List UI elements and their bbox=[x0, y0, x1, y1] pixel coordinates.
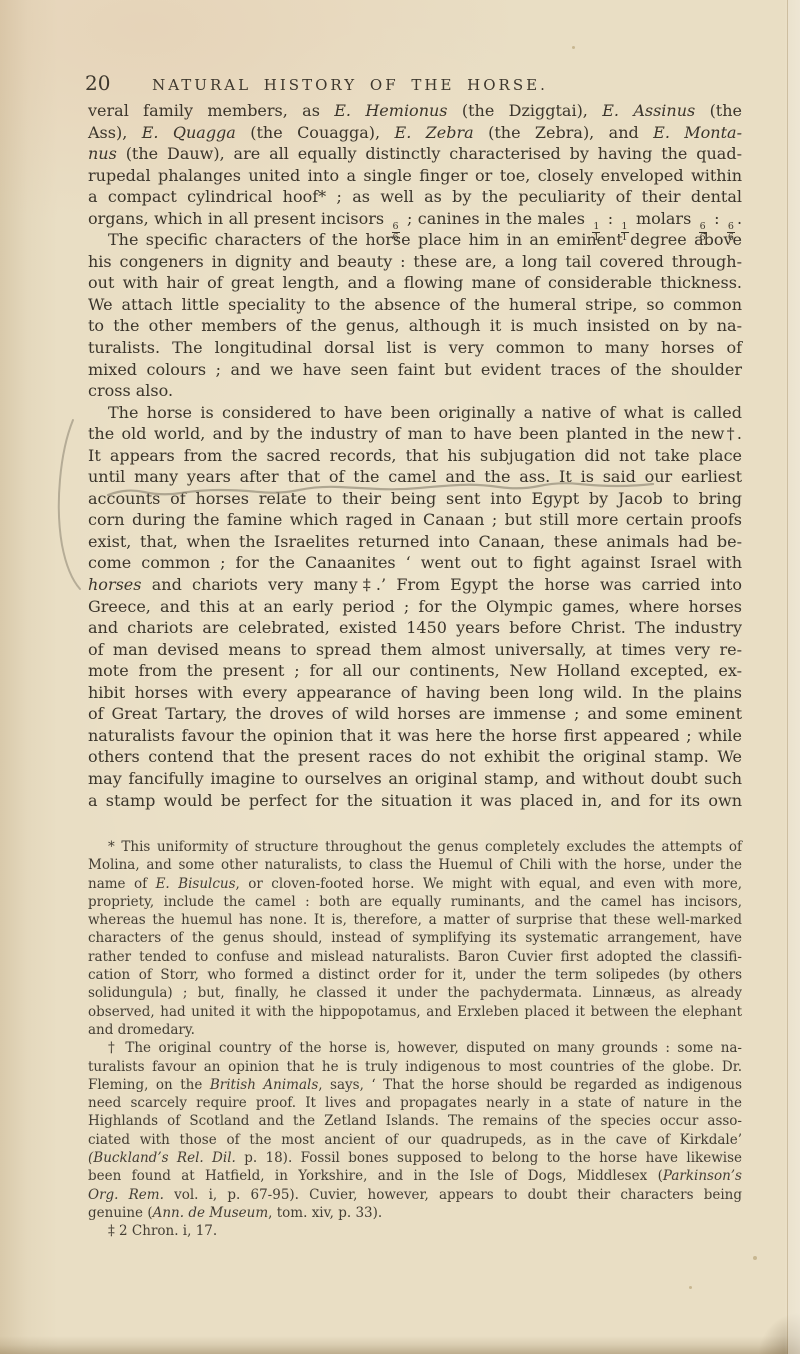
text-segment: † The original country of the horse is, … bbox=[108, 1040, 742, 1056]
footnote-line: name of E. Bisulcus, or cloven-footed ho… bbox=[88, 875, 742, 893]
italic-text-segment: Parkinson’s bbox=[663, 1168, 742, 1184]
paper-speck bbox=[753, 1256, 757, 1260]
text-segment: corn during the famine which raged in Ca… bbox=[88, 510, 742, 529]
text-segment: , tom. xiv, p. 33). bbox=[268, 1205, 382, 1221]
text-segment: a stamp would be perfect for the situati… bbox=[88, 791, 742, 810]
pencil-margin-line-annotation bbox=[59, 420, 80, 589]
text-segment: to the other members of the genus, altho… bbox=[88, 316, 742, 335]
footnote-line: genuine (Ann. de Museum, tom. xiv, p. 33… bbox=[88, 1204, 742, 1222]
text-segment: Greece, and this at an early period ; fo… bbox=[88, 597, 742, 616]
text-segment: turalists favour an opinion that he is t… bbox=[88, 1059, 742, 1075]
text-segment: until many years after that of the camel… bbox=[88, 467, 742, 486]
text-line: corn during the famine which raged in Ca… bbox=[88, 509, 742, 531]
text-segment: Highlands of Scotland and the Zetland Is… bbox=[88, 1113, 742, 1129]
text-segment: and dromedary. bbox=[88, 1022, 195, 1038]
text-segment: and chariots are celebrated, existed 145… bbox=[88, 618, 742, 637]
text-segment: Ass), bbox=[88, 123, 142, 142]
italic-text-segment: E. Monta- bbox=[653, 123, 742, 142]
paper-speck bbox=[572, 46, 575, 49]
footnote-line: (Buckland’s Rel. Dil. p. 18). Fossil bon… bbox=[88, 1149, 742, 1167]
text-line: to the other members of the genus, altho… bbox=[88, 315, 742, 337]
text-segment: ‡ 2 Chron. i, 17. bbox=[108, 1223, 217, 1239]
text-line: out with hair of great length, and a flo… bbox=[88, 272, 742, 294]
text-segment: (the bbox=[695, 101, 742, 120]
text-line: his congeners in dignity and beauty : th… bbox=[88, 251, 742, 273]
footnote-line: whereas the huemul has none. It is, ther… bbox=[88, 911, 742, 929]
running-head: NATURAL HISTORY OF THE HORSE. bbox=[152, 76, 548, 94]
text-segment: others contend that the present races do… bbox=[88, 747, 742, 766]
footnote-line: characters of the genus should, instead … bbox=[88, 929, 742, 947]
text-segment: his congeners in dignity and beauty : th… bbox=[88, 252, 742, 271]
scanned-book-page: { "page": { "number": "20", "running_hea… bbox=[0, 0, 800, 1354]
text-segment: need scarcely require proof. It lives an… bbox=[88, 1095, 742, 1111]
text-segment: accounts of horses relate to their being… bbox=[88, 489, 742, 508]
text-segment: and chariots very many‡.’ From Egypt the… bbox=[141, 575, 742, 594]
page-number: 20 bbox=[85, 71, 110, 95]
text-segment: The specific characters of the horse pla… bbox=[108, 230, 742, 249]
text-line: It appears from the sacred records, that… bbox=[88, 445, 742, 467]
text-segment: whereas the huemul has none. It is, ther… bbox=[88, 912, 742, 928]
text-segment: observed, had united it with the hippopo… bbox=[88, 1004, 742, 1020]
text-segment: (the Zebra), and bbox=[474, 123, 653, 142]
text-segment: ciated with those of the most ancient of… bbox=[88, 1132, 742, 1148]
text-segment: The horse is considered to have been ori… bbox=[108, 403, 742, 422]
text-segment: It appears from the sacred records, that… bbox=[88, 446, 742, 465]
italic-text-segment: Org. Rem. bbox=[88, 1187, 164, 1203]
text-segment: We attach little speciality to the absen… bbox=[88, 295, 742, 314]
text-line: and chariots are celebrated, existed 145… bbox=[88, 617, 742, 639]
italic-text-segment: E. Bisulcus bbox=[156, 876, 236, 892]
text-line: hibit horses with every appearance of ha… bbox=[88, 682, 742, 704]
text-segment: (the Couagga), bbox=[236, 123, 395, 142]
footnote-line: * This uniformity of structure throughou… bbox=[88, 838, 742, 856]
footnote-line: propriety, include the camel : both are … bbox=[88, 893, 742, 911]
text-segment: of man devised means to spread them almo… bbox=[88, 640, 742, 659]
text-line: veral family members, as E. Hemionus (th… bbox=[88, 100, 742, 122]
footnote-line: Org. Rem. vol. i, p. 67-95). Cuvier, how… bbox=[88, 1186, 742, 1204]
text-segment: genuine ( bbox=[88, 1205, 153, 1221]
italic-text-segment: Ann. de Museum bbox=[153, 1205, 269, 1221]
footnote-line: and dromedary. bbox=[88, 1021, 742, 1039]
text-segment: may fancifully imagine to ourselves an o… bbox=[88, 769, 742, 788]
text-line: until many years after that of the camel… bbox=[88, 466, 742, 488]
text-segment: , says, ‘ That the horse should be regar… bbox=[318, 1077, 742, 1093]
footnote-line: Molina, and some other naturalists, to c… bbox=[88, 856, 742, 874]
text-segment: veral family members, as bbox=[88, 101, 334, 120]
main-text-block: veral family members, as E. Hemionus (th… bbox=[88, 100, 742, 811]
text-line: Ass), E. Quagga (the Couagga), E. Zebra … bbox=[88, 122, 742, 144]
text-segment: p. 18). Fossil bones supposed to belong … bbox=[236, 1150, 742, 1166]
footnote-line: ‡ 2 Chron. i, 17. bbox=[88, 1222, 742, 1240]
text-line: come common ; for the Canaanites ‘ went … bbox=[88, 552, 742, 574]
paper-background: 20 NATURAL HISTORY OF THE HORSE. veral f… bbox=[0, 0, 800, 1354]
italic-text-segment: (Buckland’s Rel. Dil. bbox=[88, 1150, 236, 1166]
footnote-line: been found at Hatfield, in Yorkshire, an… bbox=[88, 1167, 742, 1185]
text-segment: cation of Storr, who formed a distinct o… bbox=[88, 967, 742, 983]
text-segment: hibit horses with every appearance of ha… bbox=[88, 683, 742, 702]
text-segment: vol. i, p. 67-95). Cuvier, however, appe… bbox=[164, 1187, 742, 1203]
footnote-line: turalists favour an opinion that he is t… bbox=[88, 1058, 742, 1076]
footnote-line: Highlands of Scotland and the Zetland Is… bbox=[88, 1112, 742, 1130]
text-line: mote from the present ; for all our cont… bbox=[88, 660, 742, 682]
text-segment: of Great Tartary, the droves of wild hor… bbox=[88, 704, 742, 723]
text-segment: propriety, include the camel : both are … bbox=[88, 894, 742, 910]
text-segment: * This uniformity of structure throughou… bbox=[108, 839, 742, 855]
text-line: cross also. bbox=[88, 380, 742, 402]
text-segment: the old world, and by the industry of ma… bbox=[88, 424, 742, 443]
text-line: rupedal phalanges united into a single f… bbox=[88, 165, 742, 187]
text-segment: been found at Hatfield, in Yorkshire, an… bbox=[88, 1168, 663, 1184]
text-segment: organs, which in all present incisors bbox=[88, 209, 390, 228]
text-segment: characters of the genus should, instead … bbox=[88, 930, 742, 946]
text-line: of man devised means to spread them almo… bbox=[88, 639, 742, 661]
text-segment: out with hair of great length, and a flo… bbox=[88, 273, 742, 292]
text-line: Greece, and this at an early period ; fo… bbox=[88, 596, 742, 618]
text-segment: rupedal phalanges united into a single f… bbox=[88, 166, 742, 185]
text-line: naturalists favour the opinion that it w… bbox=[88, 725, 742, 747]
text-segment: : bbox=[602, 209, 618, 228]
text-line: organs, which in all present incisors 66… bbox=[88, 208, 742, 230]
paper-speck bbox=[147, 1010, 150, 1012]
text-segment: a compact cylindrical hoof* ; as well as… bbox=[88, 187, 742, 206]
text-line: may fancifully imagine to ourselves an o… bbox=[88, 768, 742, 790]
italic-text-segment: horses bbox=[88, 575, 141, 594]
text-line: mixed colours ; and we have seen faint b… bbox=[88, 359, 742, 381]
text-line: exist, that, when the Israelites returne… bbox=[88, 531, 742, 553]
text-line: We attach little speciality to the absen… bbox=[88, 294, 742, 316]
text-segment: Fleming, on the bbox=[88, 1077, 210, 1093]
text-segment: mote from the present ; for all our cont… bbox=[88, 661, 742, 680]
footnote-line: observed, had united it with the hippopo… bbox=[88, 1003, 742, 1021]
text-segment: naturalists favour the opinion that it w… bbox=[88, 726, 742, 745]
text-segment: come common ; for the Canaanites ‘ went … bbox=[88, 553, 742, 572]
text-line: nus (the Dauw), are all equally distinct… bbox=[88, 143, 742, 165]
text-line: a stamp would be perfect for the situati… bbox=[88, 790, 742, 812]
text-segment: exist, that, when the Israelites returne… bbox=[88, 532, 742, 551]
text-line: turalists. The longitudinal dorsal list … bbox=[88, 337, 742, 359]
italic-text-segment: British Animals bbox=[210, 1077, 318, 1093]
text-segment: mixed colours ; and we have seen faint b… bbox=[88, 360, 742, 379]
footnote-line: Fleming, on the British Animals, says, ‘… bbox=[88, 1076, 742, 1094]
text-segment: name of bbox=[88, 876, 156, 892]
text-line: the old world, and by the industry of ma… bbox=[88, 423, 742, 445]
text-segment: . bbox=[737, 209, 742, 228]
text-segment: cross also. bbox=[88, 381, 173, 400]
text-segment: ; canines in the males bbox=[402, 209, 591, 228]
italic-text-segment: E. Hemionus bbox=[334, 101, 447, 120]
footnote-line: solidungula) ; but, finally, he classed … bbox=[88, 984, 742, 1002]
text-segment: molars bbox=[631, 209, 697, 228]
text-segment: rather tended to confuse and mislead nat… bbox=[88, 949, 742, 965]
text-segment: (the Dziggtai), bbox=[448, 101, 603, 120]
text-line: The horse is considered to have been ori… bbox=[88, 402, 742, 424]
footnote-line: need scarcely require proof. It lives an… bbox=[88, 1094, 742, 1112]
paper-speck bbox=[689, 1286, 692, 1289]
footnote-line: rather tended to confuse and mislead nat… bbox=[88, 948, 742, 966]
text-segment: Molina, and some other naturalists, to c… bbox=[88, 857, 742, 873]
text-segment: , or cloven-footed horse. We might with … bbox=[236, 876, 742, 892]
text-segment: solidungula) ; but, finally, he classed … bbox=[88, 985, 742, 1001]
text-line: horses and chariots very many‡.’ From Eg… bbox=[88, 574, 742, 596]
text-segment: : bbox=[709, 209, 725, 228]
text-line: others contend that the present races do… bbox=[88, 746, 742, 768]
footnote-block: * This uniformity of structure throughou… bbox=[88, 838, 742, 1241]
italic-text-segment: E. Zebra bbox=[395, 123, 474, 142]
page-edge-strip bbox=[788, 0, 800, 1354]
footnote-line: ciated with those of the most ancient of… bbox=[88, 1131, 742, 1149]
text-line: accounts of horses relate to their being… bbox=[88, 488, 742, 510]
italic-text-segment: E. Quagga bbox=[142, 123, 236, 142]
italic-text-segment: nus bbox=[88, 144, 117, 163]
footnote-line: cation of Storr, who formed a distinct o… bbox=[88, 966, 742, 984]
text-segment: (the Dauw), are all equally distinctly c… bbox=[117, 144, 742, 163]
text-line: a compact cylindrical hoof* ; as well as… bbox=[88, 186, 742, 208]
text-line: of Great Tartary, the droves of wild hor… bbox=[88, 703, 742, 725]
text-segment: turalists. The longitudinal dorsal list … bbox=[88, 338, 742, 357]
italic-text-segment: E. Assinus bbox=[602, 101, 695, 120]
footnote-line: † The original country of the horse is, … bbox=[88, 1039, 742, 1057]
text-line: The specific characters of the horse pla… bbox=[88, 229, 742, 251]
